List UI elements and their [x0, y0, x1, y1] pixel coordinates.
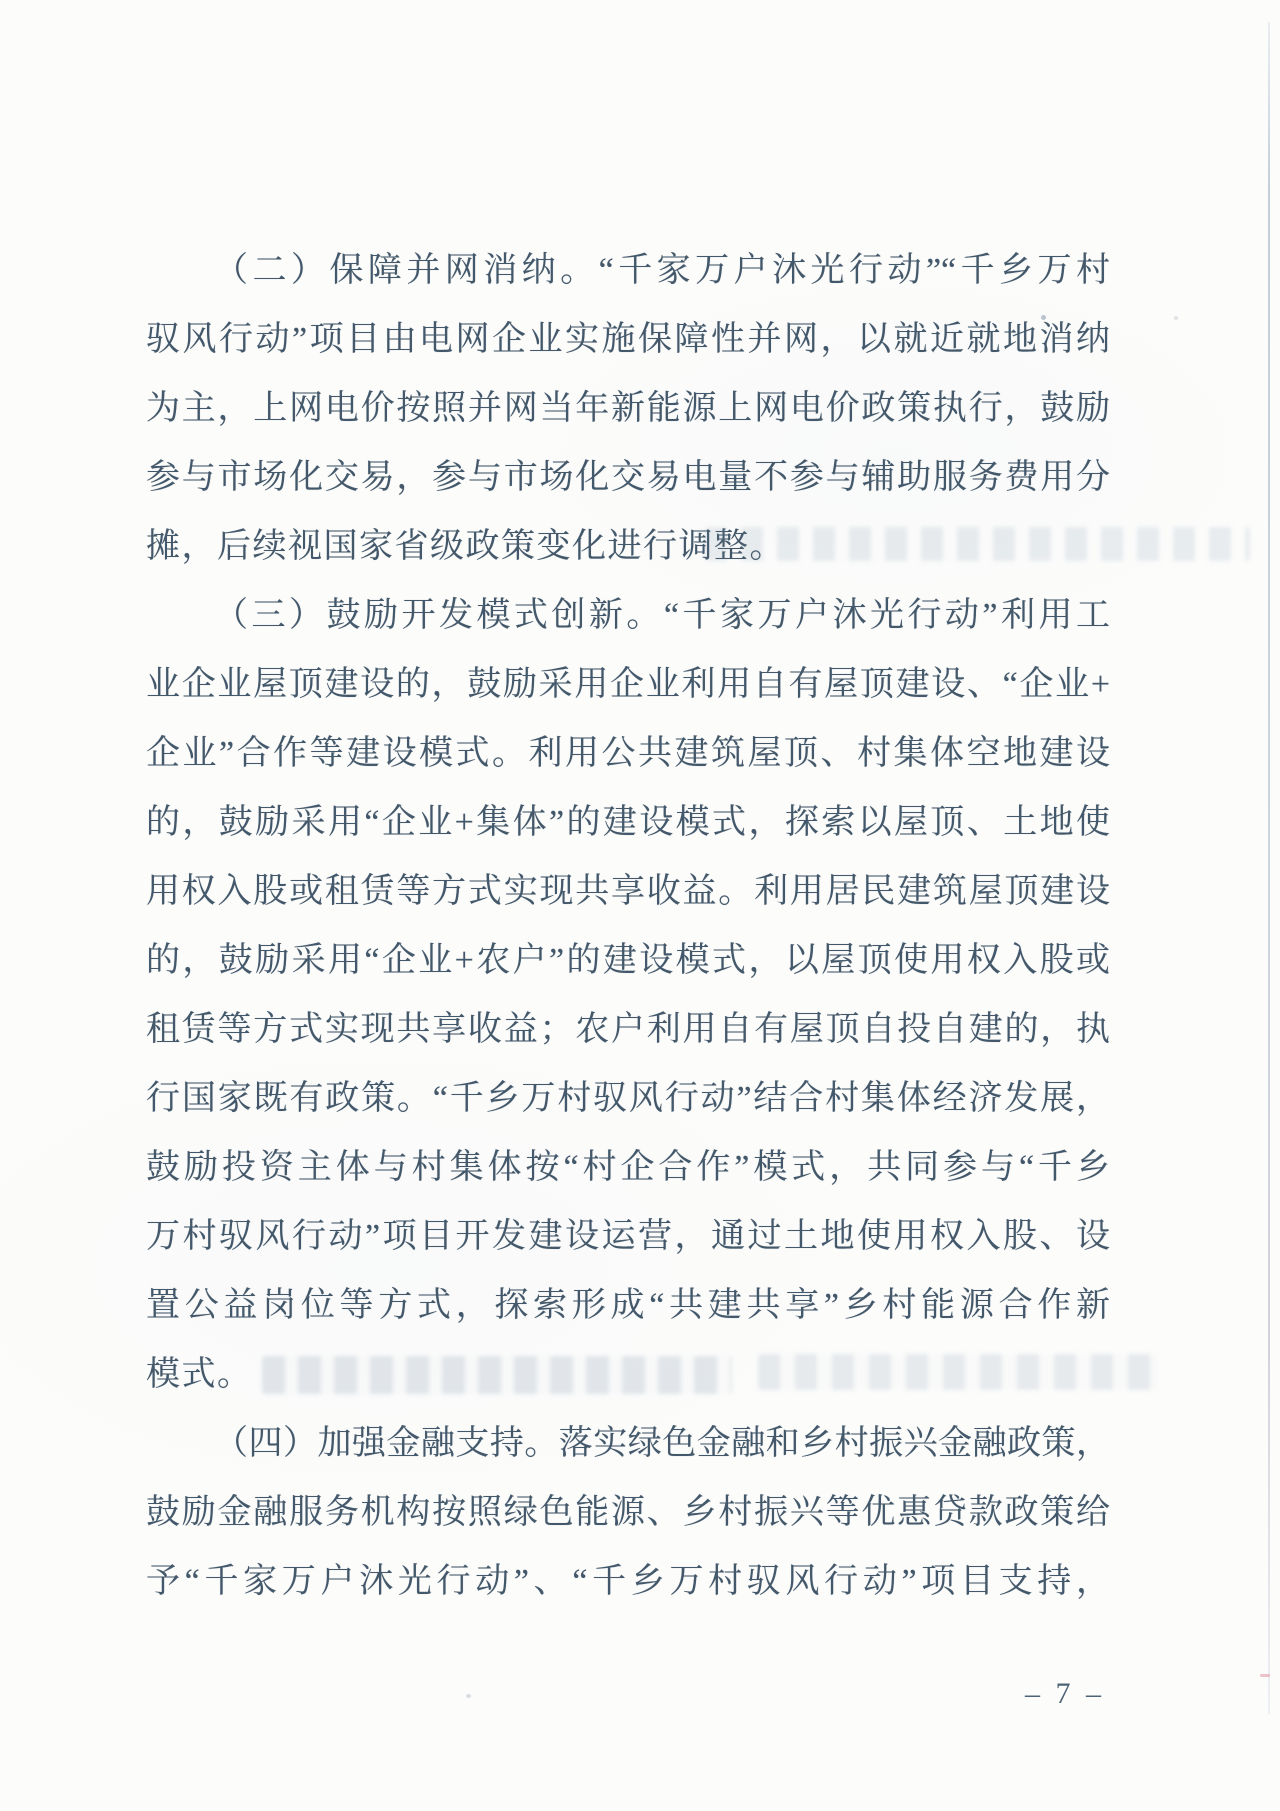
text-line: 业企业屋顶建设的，鼓励采用企业利用自有屋顶建设、“企业+: [146, 650, 1110, 719]
document-page: （二）保障并网消纳。“千家万户沐光行动”“千乡万村驭风行动”项目由电网企业实施保…: [0, 0, 1280, 1811]
text-line: 的，鼓励采用“企业+集体”的建设模式，探索以屋顶、土地使: [146, 788, 1110, 857]
text-line: 予“千家万户沐光行动”、“千乡万村驭风行动”项目支持，: [146, 1547, 1110, 1616]
ink-speck: [466, 1694, 471, 1698]
text-line: 用权入股或租赁等方式实现共享收益。利用居民建筑屋顶建设: [146, 857, 1110, 926]
text-line: （二）保障并网消纳。“千家万户沐光行动”“千乡万村: [146, 236, 1110, 305]
ink-speck: [1174, 316, 1178, 320]
text-line: 驭风行动”项目由电网企业实施保障性并网，以就近就地消纳: [146, 305, 1110, 374]
scan-edge-line: [1268, 22, 1270, 1714]
text-line: （四）加强金融支持。落实绿色金融和乡村振兴金融政策，: [146, 1409, 1110, 1478]
text-line: 摊，后续视国家省级政策变化进行调整。: [146, 512, 1110, 581]
page-number: – 7 –: [1010, 1672, 1120, 1716]
text-line: 的，鼓励采用“企业+农户”的建设模式，以屋顶使用权入股或: [146, 926, 1110, 995]
text-line: 置公益岗位等方式，探索形成“共建共享”乡村能源合作新: [146, 1271, 1110, 1340]
text-block: （二）保障并网消纳。“千家万户沐光行动”“千乡万村驭风行动”项目由电网企业实施保…: [146, 236, 1110, 1616]
text-line: 参与市场化交易，参与市场化交易电量不参与辅助服务费用分: [146, 443, 1110, 512]
text-line: 鼓励投资主体与村集体按“村企合作”模式，共同参与“千乡: [146, 1133, 1110, 1202]
text-line: 租赁等方式实现共享收益；农户利用自有屋顶自投自建的，执: [146, 995, 1110, 1064]
text-line: 鼓励金融服务机构按照绿色能源、乡村振兴等优惠贷款政策给: [146, 1478, 1110, 1547]
text-line: 行国家既有政策。“千乡万村驭风行动”结合村集体经济发展，: [146, 1064, 1110, 1133]
text-line: 为主，上网电价按照并网当年新能源上网电价政策执行，鼓励: [146, 374, 1110, 443]
text-line: 企业”合作等建设模式。利用公共建筑屋顶、村集体空地建设: [146, 719, 1110, 788]
text-line: 万村驭风行动”项目开发建设运营，通过土地使用权入股、设: [146, 1202, 1110, 1271]
text-line: （三）鼓励开发模式创新。“千家万户沐光行动”利用工: [146, 581, 1110, 650]
text-line: 模式。: [146, 1340, 1110, 1409]
scan-edge-mark: [1260, 1674, 1270, 1677]
